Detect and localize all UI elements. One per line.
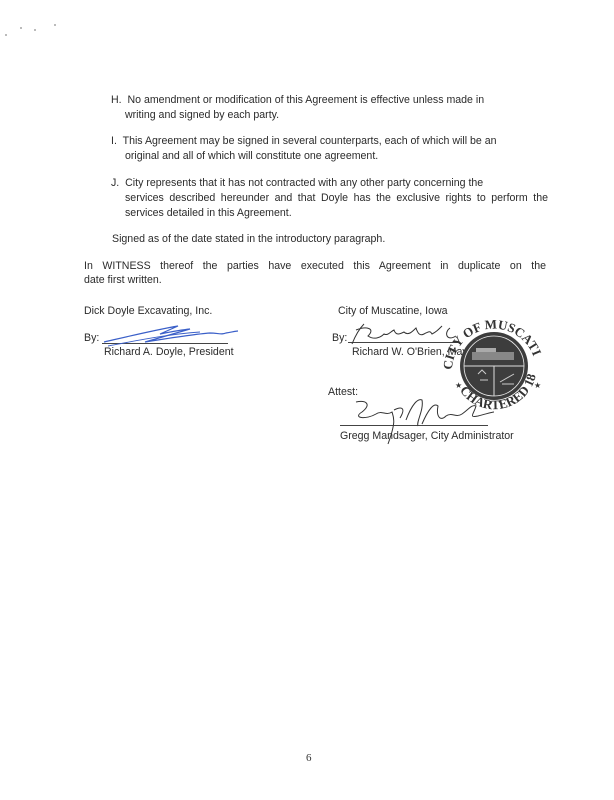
- scan-speck: [34, 29, 36, 31]
- document-page: H. No amendment or modification of this …: [0, 0, 614, 800]
- clause-text: City represents that it has not contract…: [125, 177, 483, 189]
- clause-label: J.: [111, 177, 119, 189]
- clause-text-continued: services described hereunder and that Do…: [111, 191, 548, 221]
- witness-line-2: date first written.: [84, 274, 162, 286]
- clause-label: I.: [111, 135, 117, 147]
- page-number: 6: [306, 752, 312, 764]
- clause-text: No amendment or modification of this Agr…: [127, 94, 484, 106]
- clause-i: I. This Agreement may be signed in sever…: [111, 134, 548, 164]
- city-seal: CITY OF MUSCATINE, IOWA CHARTERED 1851 ★…: [438, 308, 548, 418]
- scan-speck: [54, 24, 56, 26]
- clause-j: J. City represents that it has not contr…: [111, 176, 548, 221]
- clause-text-continued: original and all of which will constitut…: [111, 149, 548, 164]
- clause-label: H.: [111, 94, 122, 106]
- scan-speck: [5, 34, 7, 36]
- witness-line-1: In WITNESS thereof the parties have exec…: [84, 259, 546, 274]
- right-party-org: City of Muscatine, Iowa: [338, 305, 448, 317]
- svg-text:★: ★: [455, 381, 462, 390]
- left-by-label: By:: [84, 332, 99, 344]
- clause-h: H. No amendment or modification of this …: [111, 93, 548, 123]
- scan-speck: [20, 27, 22, 29]
- svg-text:★: ★: [534, 381, 541, 390]
- left-party-org: Dick Doyle Excavating, Inc.: [84, 305, 212, 317]
- clause-text-continued: writing and signed by each party.: [111, 108, 548, 123]
- attester: Gregg Mandsager, City Administrator: [340, 430, 514, 442]
- signed-statement: Signed as of the date stated in the intr…: [112, 233, 385, 245]
- left-signer: Richard A. Doyle, President: [104, 346, 234, 358]
- clause-text: This Agreement may be signed in several …: [123, 135, 497, 147]
